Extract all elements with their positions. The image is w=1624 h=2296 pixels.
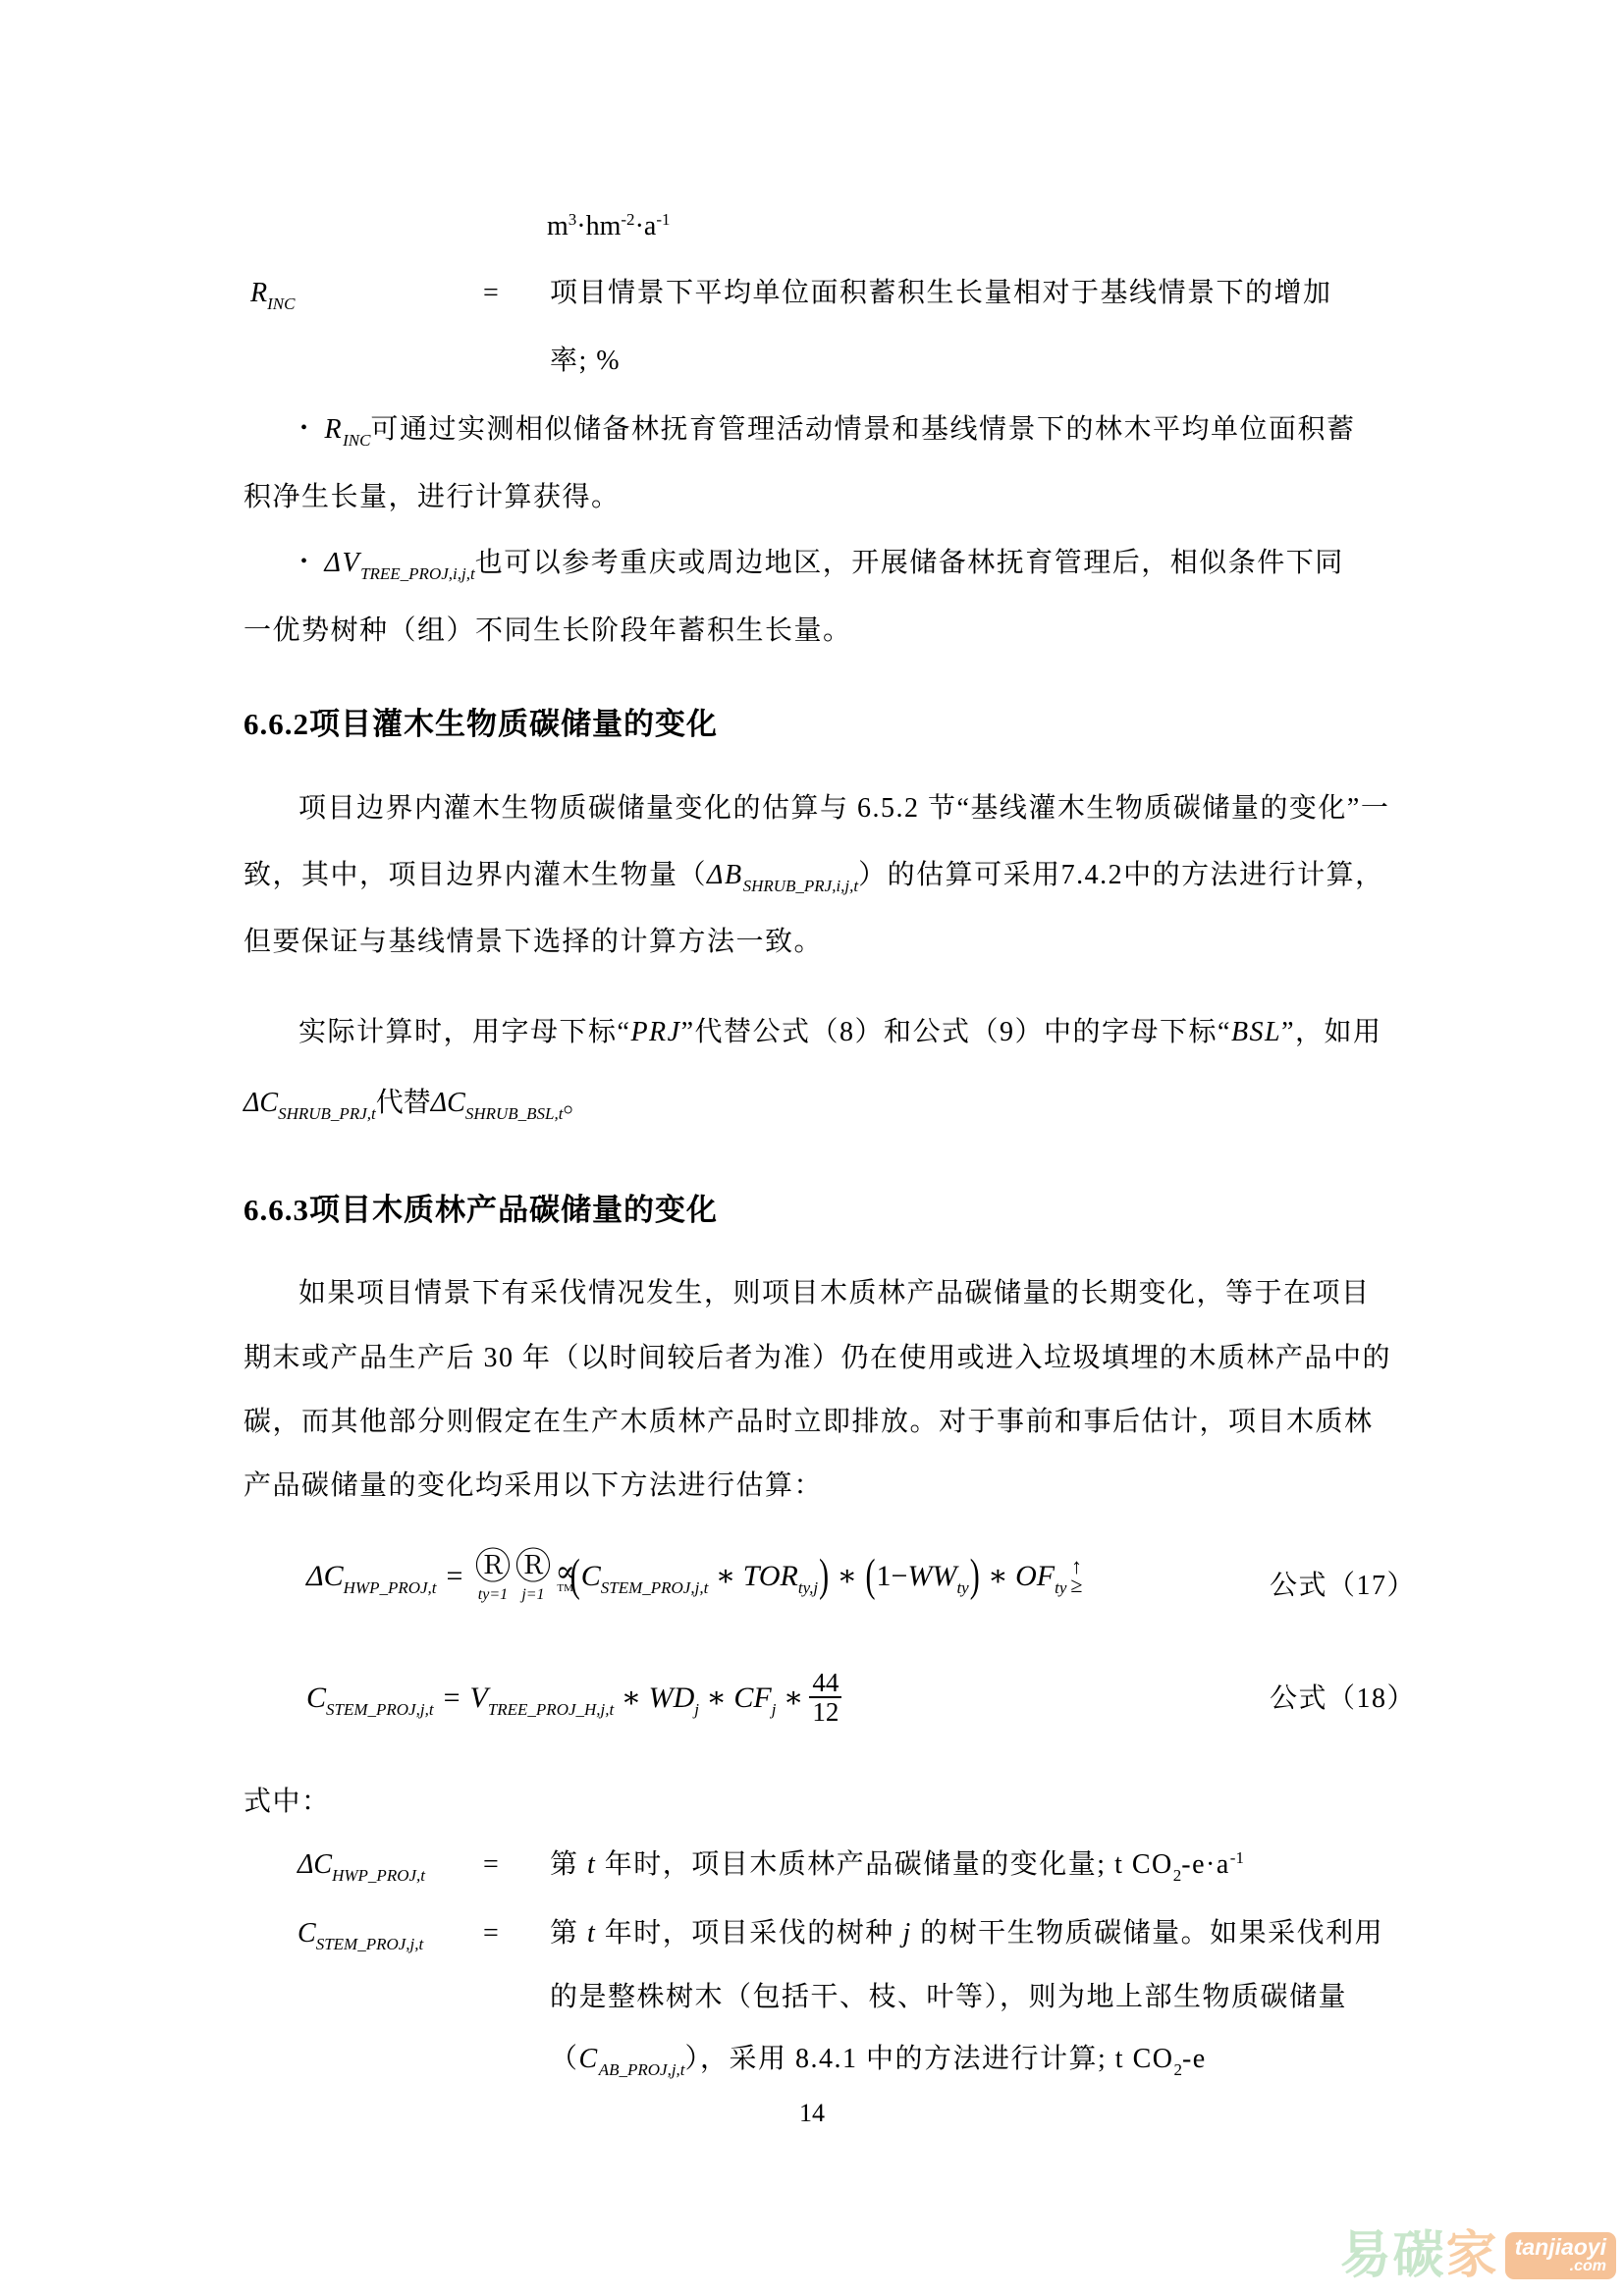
f18-equals: = [444, 1680, 460, 1717]
f17-lhs: ΔCHWP_PROJ,t [306, 1558, 437, 1595]
f18-fraction: 44 12 [809, 1669, 841, 1727]
bullet2-line1: ΔVTREE_PROJ,i,j,t也可以参考重庆或周边地区，开展储备林抚育管理后… [325, 548, 1344, 578]
def-rinc-term: RINC [250, 276, 295, 310]
def-hwp-term: ΔCHWP_PROJ,t [298, 1847, 425, 1882]
bullet1-line2: 积净生长量，进行计算获得。 [244, 480, 621, 514]
s663-para1-line3: 碳，而其他部分则假定在生产木质林产品时立即排放。对于事前和事后估计，项目木质林 [244, 1405, 1374, 1439]
s662-para1-line2: 致，其中，项目边界内灌木生物量（ΔBSHRUB_PRJ,i,j,t）的估算可采用… [244, 858, 1384, 892]
s663-para1-line2: 期末或产品生产后 30 年（以时间较后者为准）仍在使用或进入垃圾填埋的木质林产品… [244, 1341, 1391, 1375]
document-page: { "page_number": "14", "top_def": { "uni… [0, 0, 1624, 2296]
formula-17: ΔCHWP_PROJ,t = Ⓡ ty=1 Ⓡ j=1 ∝ TM (CSTEM_… [306, 1549, 1082, 1603]
watermark-text-orange: 家 [1446, 2230, 1499, 2281]
s662-para1-line3: 但要保证与基线情景下选择的计算方法一致。 [244, 925, 823, 959]
formula-17-label: 公式（17） [1270, 1569, 1416, 1603]
f18-frac-denominator: 12 [812, 1698, 839, 1726]
watermark-badge-line1: tanjiaoyi [1515, 2236, 1606, 2259]
page-number: 14 [0, 2099, 1624, 2128]
def-stem-eq: = [483, 1916, 500, 1950]
def-stem-desc-line2: 的是整株树木（包括干、枝、叶等），则为地上部生物质碳储量 [550, 1980, 1347, 2014]
f18-rhs: VTREE_PROJ_H,j,t ∗ WDj ∗ CFj ∗ [469, 1680, 803, 1717]
def-rinc-desc-line2: 率; % [550, 344, 621, 378]
watermark-badge-line2: .com [1570, 2259, 1606, 2274]
bullet-icon: • [300, 416, 309, 441]
def-rinc-desc-line1: 项目情景下平均单位面积蓄积生长量相对于基线情景下的增加 [550, 276, 1332, 310]
def-stem-desc-line3: （CAB_PROJ,j,t），采用 8.4.1 中的方法进行计算; t CO2-… [550, 2042, 1207, 2076]
f17-body: (CSTEM_PROJ,j,t ∗ TORty,j) ∗ (1−WWty) ∗ … [569, 1558, 1067, 1595]
bullet-item-dv: •ΔVTREE_PROJ,i,j,t也可以参考重庆或周边地区，开展储备林抚育管理… [300, 546, 1344, 580]
f18-frac-numerator: 44 [809, 1669, 841, 1698]
bullet-icon: • [300, 550, 309, 574]
f17-sum1-under: ty=1 [478, 1587, 508, 1603]
bullet-item-rinc: •RINC可通过实测相似储备林抚育管理活动情景和基线情景下的林木平均单位面积蓄 [300, 412, 1355, 447]
f17-sum2-glyph: Ⓡ j=1 [514, 1549, 551, 1603]
bullet1-line1: RINC可通过实测相似储备林抚育管理活动情景和基线情景下的林木平均单位面积蓄 [325, 414, 1356, 445]
formula-18: CSTEM_PROJ,j,t = VTREE_PROJ_H,j,t ∗ WDj … [306, 1669, 841, 1727]
def-stem-desc-line1: 第 t 年时，项目采伐的树种 j 的树干生物质碳储量。如果采伐利用 [550, 1916, 1383, 1950]
s663-para1-line1: 如果项目情景下有采伐情况发生，则项目木质林产品碳储量的长期变化，等于在项目 [298, 1276, 1371, 1310]
def-stem-term: CSTEM_PROJ,j,t [298, 1916, 423, 1950]
s662-para2-line1: 实际计算时，用字母下标“PRJ”代替公式（8）和公式（9）中的字母下标“BSL”… [298, 1015, 1382, 1049]
where-label: 式中： [244, 1785, 331, 1819]
circled-r-icon: Ⓡ [514, 1549, 551, 1585]
watermark-badge: tanjiaoyi .com [1505, 2232, 1616, 2279]
tanjiaoyi-watermark: 易碳 家 tanjiaoyi .com [1340, 2230, 1616, 2281]
f17-sum2-under: j=1 [521, 1587, 544, 1603]
section-heading-662: 6.6.2项目灌木生物质碳储量的变化 [244, 699, 718, 743]
bullet2-line2: 一优势树种（组）不同生长阶段年蓄积生长量。 [244, 614, 852, 648]
s662-para2-line2: ΔCSHRUB_PRJ,t代替ΔCSHRUB_BSL,t。 [244, 1086, 591, 1120]
f18-lhs: CSTEM_PROJ,j,t [306, 1680, 434, 1717]
f17-equals: = [447, 1558, 463, 1595]
geq-icon: ≥ [1070, 1576, 1082, 1595]
def-hwp-desc: 第 t 年时，项目木质林产品碳储量的变化量; t CO2-e·a-1 [550, 1847, 1244, 1882]
section-heading-663: 6.6.3项目木质林产品碳储量的变化 [244, 1185, 718, 1229]
def-hwp-eq: = [483, 1847, 500, 1882]
s662-para1-line1: 项目边界内灌木生物质碳储量变化的估算与 6.5.2 节“基线灌木生物质碳储量的变… [298, 791, 1389, 826]
s663-para1-line4: 产品碳储量的变化均采用以下方法进行估算： [244, 1468, 823, 1503]
f17-sum1-glyph: Ⓡ ty=1 [474, 1549, 511, 1603]
f17-arrow-geq: ↑ ≥ [1070, 1558, 1082, 1594]
def-rinc-eq: = [483, 276, 500, 310]
circled-r-icon: Ⓡ [474, 1549, 511, 1585]
watermark-text-green: 易碳 [1340, 2230, 1446, 2281]
unit-line: m3·hm-2·a-1 [547, 209, 671, 243]
formula-18-label: 公式（18） [1270, 1682, 1416, 1716]
